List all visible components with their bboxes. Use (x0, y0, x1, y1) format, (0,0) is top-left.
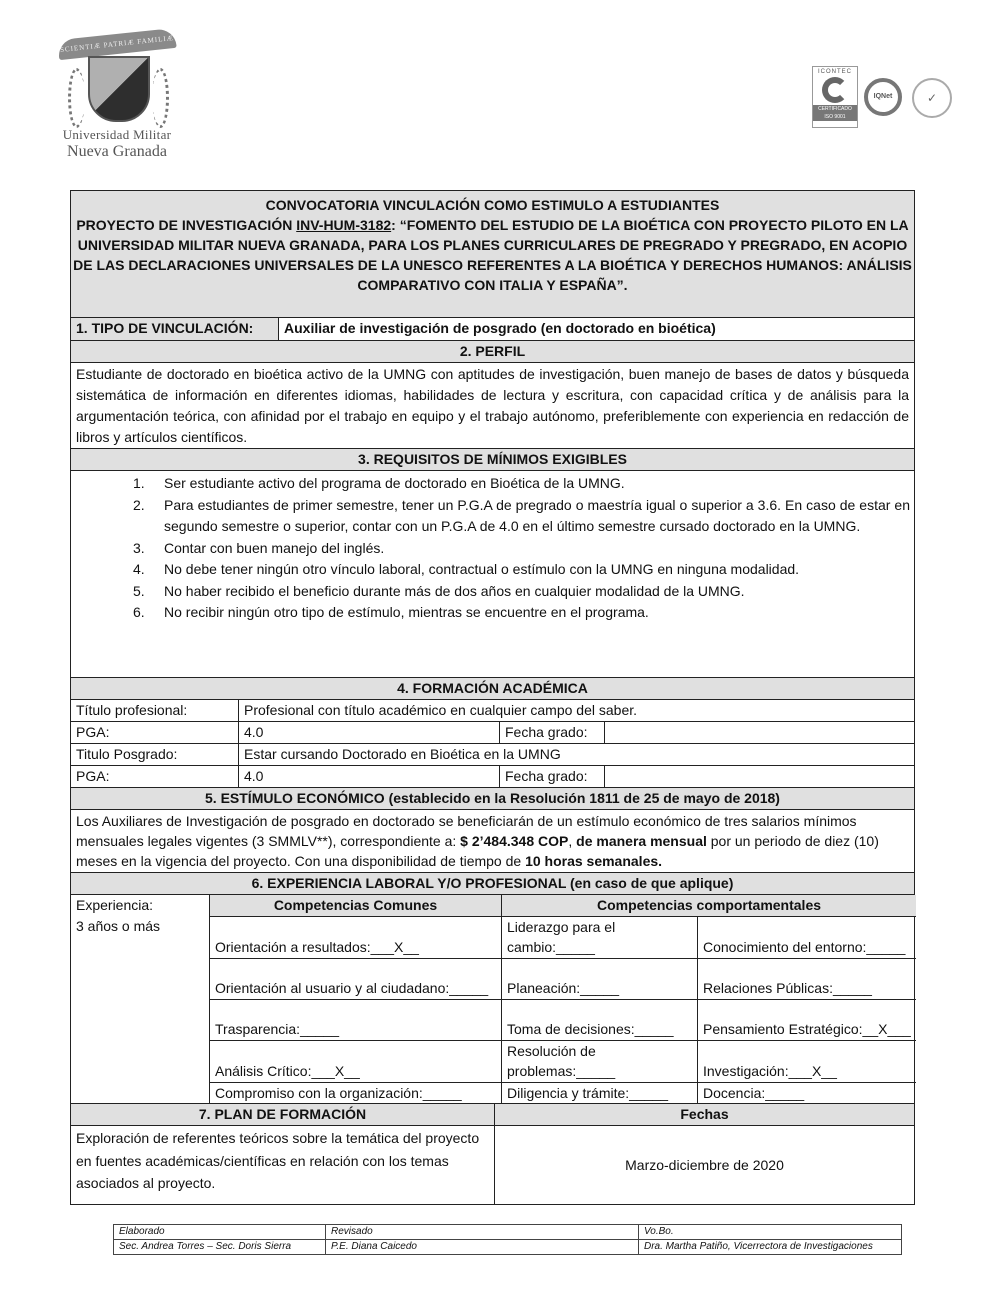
pga-1-value: 4.0 (238, 722, 499, 743)
section-1-tipo-vinculacion: 1. TIPO DE VINCULACIÓN: Auxiliar de inve… (71, 317, 914, 340)
convocatoria-form: CONVOCATORIA VINCULACIÓN COMO ESTIMULO A… (70, 190, 915, 1205)
competencia-cell: Resolución de problemas:_____ (501, 1040, 697, 1082)
hours-per-week: 10 horas semanales. (525, 853, 662, 869)
section-3-requisitos: 1.Ser estudiante activo del programa de … (71, 470, 914, 677)
gp-certification-icon: ✓ (912, 78, 952, 118)
form-title: CONVOCATORIA VINCULACIÓN COMO ESTIMULO A… (71, 191, 914, 317)
competencia-cell: Toma de decisiones:_____ (501, 999, 697, 1040)
plan-activity: Exploración de referentes teóricos sobre… (71, 1126, 494, 1204)
pga-2-value: 4.0 (238, 766, 499, 787)
competencia-cell: Trasparencia:_____ (209, 999, 501, 1040)
payment-frequency: de manera mensual (576, 833, 707, 849)
section-7-heading: 7. PLAN DE FORMACIÓN Fechas (71, 1103, 914, 1125)
requisito-item: 1.Ser estudiante activo del programa de … (71, 473, 914, 495)
competencia-cell: Liderazgo para el cambio:_____ (501, 916, 697, 958)
plan-formacion-row: Exploración de referentes teóricos sobre… (71, 1125, 914, 1204)
project-code: INV-HUM-3182 (296, 217, 391, 233)
signoff-table: Elaborado Revisado Vo.Bo. Sec. Andrea To… (113, 1224, 902, 1255)
col-competencias-comportamentales: Competencias comportamentales (501, 895, 916, 916)
competencia-cell: Planeación:_____ (501, 958, 697, 999)
competencia-cell: Orientación a resultados:___X__ (209, 916, 501, 958)
competencia-cell: Compromiso con la organización:_____ (209, 1082, 501, 1104)
tipo-vinculacion-label: 1. TIPO DE VINCULACIÓN: (71, 318, 278, 340)
competencia-cell: Diligencia y trámite:_____ (501, 1082, 697, 1104)
title-line1: CONVOCATORIA VINCULACIÓN COMO ESTIMULO A… (71, 195, 914, 215)
requisito-item: 5.No haber recibido el beneficio durante… (71, 581, 914, 603)
fecha-grado-2-field[interactable] (604, 766, 914, 787)
competencia-cell: Investigación:___X__ (697, 1040, 916, 1082)
tipo-vinculacion-value: Auxiliar de investigación de posgrado (e… (278, 318, 914, 340)
col-competencias-comunes: Competencias Comunes (209, 895, 501, 916)
section-5-heading: 5. ESTÍMULO ECONÓMICO (establecido en la… (71, 787, 914, 809)
section-2-heading: 2. PERFIL (71, 340, 914, 362)
icontec-certification-icon: ICONTEC CERTIFICADO ISO 9001 (812, 66, 858, 128)
fecha-grado-1-field[interactable] (604, 722, 914, 743)
competencias-table: Experiencia: 3 años o más Competencias C… (71, 895, 914, 1103)
plan-dates: Marzo-diciembre de 2020 (494, 1126, 914, 1204)
section-6-heading: 6. EXPERIENCIA LABORAL Y/O PROFESIONAL (… (71, 872, 914, 894)
competencia-cell: Orientación al usuario y al ciudadano:__… (209, 958, 501, 999)
laurel-icon (152, 68, 169, 128)
titulo-posgrado-row: Titulo Posgrado: Estar cursando Doctorad… (71, 743, 914, 765)
competencia-cell: Conocimiento del entorno:_____ (697, 916, 916, 958)
competencia-cell: Pensamiento Estratégico:__X___ (697, 999, 916, 1040)
experiencia-cell: Experiencia: 3 años o más (71, 895, 209, 1103)
competencia-cell: Docencia:_____ (697, 1082, 916, 1104)
certification-logos: ICONTEC CERTIFICADO ISO 9001 IQNet ✓ (808, 66, 958, 128)
revisado-value: P.E. Diana Caicedo (325, 1240, 638, 1254)
section-2-perfil: Estudiante de doctorado en bioética acti… (71, 362, 914, 448)
vobo-value: Dra. Martha Patiño, Vicerrectora de Inve… (638, 1240, 901, 1254)
university-logo: SCIENTIÆ PATRIÆ FAMILIÆ Universidad Mili… (52, 26, 182, 166)
titulo-profesional-value: Profesional con título académico en cual… (238, 700, 914, 721)
section-5-estimulo: Los Auxiliares de Investigación de posgr… (71, 809, 914, 872)
requisito-item: 4.No debe tener ningún otro vínculo labo… (71, 559, 914, 581)
perfil-text: Estudiante de doctorado en bioética acti… (71, 363, 914, 448)
titulo-posgrado-value: Estar cursando Doctorado en Bioética en … (238, 744, 914, 765)
requisito-item: 6.No recibir ningún otro tipo de estímul… (71, 602, 914, 624)
pga-1-row: PGA: 4.0 Fecha grado: (71, 721, 914, 743)
pga-2-row: PGA: 4.0 Fecha grado: (71, 765, 914, 787)
icontec-c-icon (822, 77, 848, 103)
estimulo-text: Los Auxiliares de Investigación de posgr… (71, 810, 914, 872)
laurel-icon (68, 68, 85, 128)
requisito-item: 3.Contar con buen manejo del inglés. (71, 538, 914, 560)
section-6-experiencia: Experiencia: 3 años o más Competencias C… (71, 894, 914, 1103)
project-title: PROYECTO DE INVESTIGACIÓN INV-HUM-3182: … (71, 215, 914, 295)
elaborado-value: Sec. Andrea Torres – Sec. Doris Sierra (114, 1240, 325, 1254)
competencia-cell: Análisis Crítico:___X__ (209, 1040, 501, 1082)
signoff-headers: Elaborado Revisado Vo.Bo. (114, 1225, 901, 1239)
titulo-profesional-row: Título profesional: Profesional con títu… (71, 699, 914, 721)
iqnet-certification-icon: IQNet (864, 78, 902, 116)
amount: $ 2’484.348 COP (460, 833, 568, 849)
section-3-heading: 3. REQUISITOS DE MÍNIMOS EXIGIBLES (71, 448, 914, 470)
section-4-heading: 4. FORMACIÓN ACADÉMICA (71, 677, 914, 699)
experiencia-value: 3 años o más (76, 916, 204, 937)
university-name: Universidad Militar Nueva Granada (52, 126, 182, 160)
shield-icon (88, 56, 150, 122)
competencia-cell: Relaciones Públicas:_____ (697, 958, 916, 999)
requisito-item: 2.Para estudiantes de primer semestre, t… (71, 495, 914, 538)
requisitos-list: 1.Ser estudiante activo del programa de … (71, 471, 914, 677)
signoff-values: Sec. Andrea Torres – Sec. Doris Sierra P… (114, 1239, 901, 1254)
